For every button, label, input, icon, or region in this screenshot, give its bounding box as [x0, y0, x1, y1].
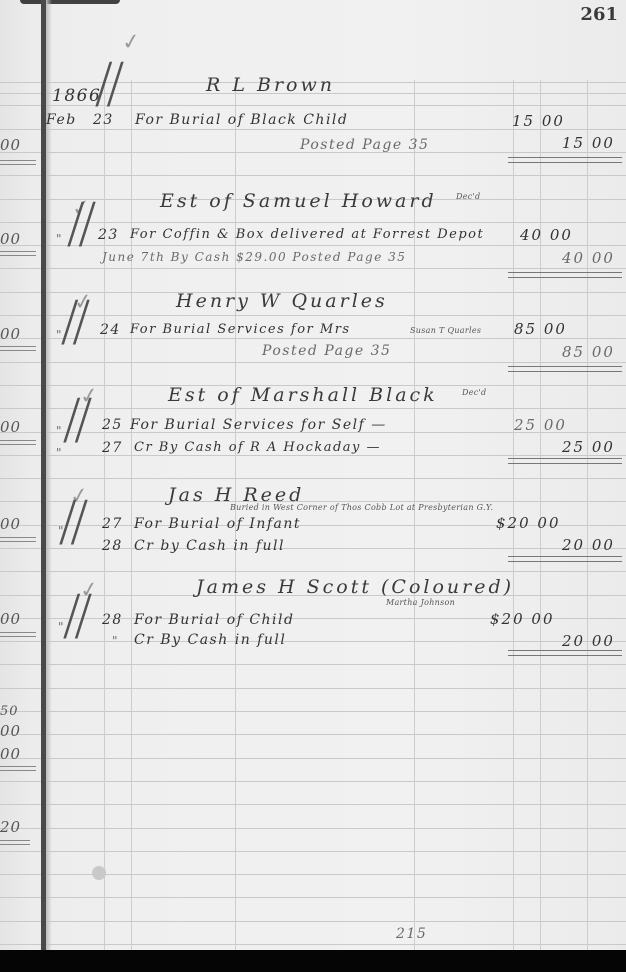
balance-rule — [508, 157, 622, 163]
entry-description: For Burial Services for Mrs — [130, 322, 351, 337]
column-rule — [104, 80, 105, 950]
entry-credit: 20 00 — [562, 536, 615, 554]
account-name: Est of Samuel Howard — [160, 190, 437, 212]
entry-debit: 25 00 — [514, 416, 567, 434]
paper-stain — [92, 866, 106, 880]
facing-page-amount: 00 — [0, 722, 21, 740]
ruled-line — [0, 758, 626, 759]
facing-page-amount: 00 — [0, 610, 21, 628]
entry-note: Susan T Quarles — [410, 326, 481, 335]
ruled-line — [0, 548, 626, 549]
ruled-line — [0, 571, 626, 572]
account-annotation: Dec'd — [456, 192, 480, 201]
ruled-line — [0, 338, 626, 339]
facing-page-amount: 00 — [0, 230, 21, 248]
ditto-mark: " — [56, 232, 62, 246]
facing-page-amount: 00 — [0, 515, 21, 533]
double-slash-mark: // — [66, 388, 89, 452]
entry-day: 28 — [102, 612, 123, 628]
entry-description: Posted Page 35 — [262, 343, 391, 359]
ruled-line — [0, 501, 626, 502]
balance-rule — [508, 556, 622, 562]
ruled-line — [0, 362, 626, 363]
facing-page-amount: 50 — [0, 704, 19, 719]
year: 1866 — [52, 86, 101, 106]
ditto-mark: " — [56, 424, 62, 438]
ditto-mark: " — [56, 446, 62, 460]
ruled-line — [0, 921, 626, 922]
entry-description: Cr By Cash of R A Hockaday — — [134, 440, 381, 455]
ruled-line — [0, 222, 626, 223]
ruled-line — [0, 478, 626, 479]
balance-rule — [508, 458, 622, 464]
ruled-line — [0, 851, 626, 852]
double-slash-mark: // — [64, 290, 87, 354]
facing-page-rule — [0, 346, 36, 351]
ruled-line — [0, 175, 626, 176]
ruled-line — [0, 711, 626, 712]
ruled-line — [0, 664, 626, 665]
entry-description: For Burial of Infant — [134, 516, 301, 532]
ruled-line — [0, 315, 626, 316]
account-annotation: Martha Johnson — [386, 598, 455, 607]
ruled-line — [0, 944, 626, 945]
entry-day: 24 — [100, 322, 121, 338]
facing-page-rule — [0, 160, 36, 165]
entry-credit: 85 00 — [562, 343, 615, 361]
entry-day: 23 — [93, 112, 114, 128]
entry-description: June 7th By Cash $29.00 Posted Page 35 — [102, 250, 406, 264]
ruled-line — [0, 688, 626, 689]
facing-page-rule — [0, 537, 36, 542]
facing-page-rule — [0, 840, 30, 845]
ruled-line — [0, 455, 626, 456]
ruled-line — [0, 268, 626, 269]
ditto-mark: " — [112, 634, 118, 648]
double-slash-mark: // — [62, 490, 85, 554]
column-rule — [131, 80, 132, 950]
ruled-line — [0, 828, 626, 829]
entry-day: 25 — [102, 417, 123, 433]
facing-page-rule — [0, 632, 36, 637]
entry-description: For Coffin & Box delivered at Forrest De… — [130, 227, 484, 242]
page-number: 261 — [580, 4, 618, 25]
facing-page-amount: 00 — [0, 745, 21, 763]
account-annotation: Buried in West Corner of Thos Cobb Lot a… — [230, 503, 493, 512]
balance-rule — [508, 366, 622, 372]
entry-day: 28 — [102, 538, 123, 554]
entry-description: Cr By Cash in full — [134, 632, 286, 648]
entry-description: For Burial Services for Self — — [130, 417, 387, 433]
ruled-line — [0, 734, 626, 735]
footer-pencil-note: 215 — [396, 926, 427, 942]
account-annotation: Dec'd — [462, 388, 486, 397]
ruled-line — [0, 781, 626, 782]
ditto-mark: " — [56, 328, 62, 342]
facing-page-amount: 00 — [0, 418, 21, 436]
ditto-mark: " — [58, 620, 64, 634]
entry-credit: 15 00 — [562, 134, 615, 152]
ditto-mark: " — [58, 524, 64, 538]
check-mark-icon: ✓ — [120, 29, 142, 56]
facing-page-amount: 20 — [0, 818, 21, 836]
entry-credit: 25 00 — [562, 438, 615, 456]
entry-day: 27 — [102, 440, 123, 456]
ruled-line — [0, 641, 626, 642]
entry-debit: $20 00 — [496, 514, 561, 532]
entry-day: 23 — [98, 227, 119, 243]
entry-month: Feb — [46, 112, 77, 128]
entry-debit: 15 00 — [512, 112, 565, 130]
facing-page-rule — [0, 251, 36, 256]
ruled-line — [0, 804, 626, 805]
entry-description: Posted Page 35 — [300, 137, 429, 153]
entry-debit: 40 00 — [520, 226, 573, 244]
column-rule — [587, 80, 588, 950]
ruled-line — [0, 245, 626, 246]
facing-page-rule — [0, 766, 36, 771]
account-name: Est of Marshall Black — [168, 384, 438, 406]
double-slash-mark: // — [70, 192, 93, 256]
book-binding — [41, 0, 46, 950]
entry-credit: 20 00 — [562, 632, 615, 650]
page-bottom-edge — [0, 950, 626, 972]
account-name: James H Scott (Coloured) — [196, 576, 514, 598]
entry-debit: $20 00 — [490, 610, 555, 628]
double-slash-mark: // — [98, 52, 121, 116]
double-slash-mark: // — [66, 584, 89, 648]
facing-page-rule — [0, 440, 36, 445]
ledger-page: 261 00 00 00 00 00 00 50 00 00 20 ✓ 1866… — [0, 0, 626, 972]
account-name: R L Brown — [206, 74, 335, 96]
balance-rule — [508, 272, 622, 278]
binding-shadow — [46, 0, 52, 950]
entry-description: Cr by Cash in full — [134, 538, 285, 554]
balance-rule — [508, 650, 622, 656]
entry-day: 27 — [102, 516, 123, 532]
facing-page-amount: 00 — [0, 136, 21, 154]
ruled-line — [0, 897, 626, 898]
entry-debit: 85 00 — [514, 320, 567, 338]
page-top-edge — [20, 0, 120, 4]
account-name: Henry W Quarles — [176, 290, 388, 312]
entry-description: For Burial of Black Child — [135, 112, 348, 128]
entry-description: For Burial of Child — [134, 612, 294, 628]
facing-page-amount: 00 — [0, 325, 21, 343]
entry-credit: 40 00 — [562, 249, 615, 267]
